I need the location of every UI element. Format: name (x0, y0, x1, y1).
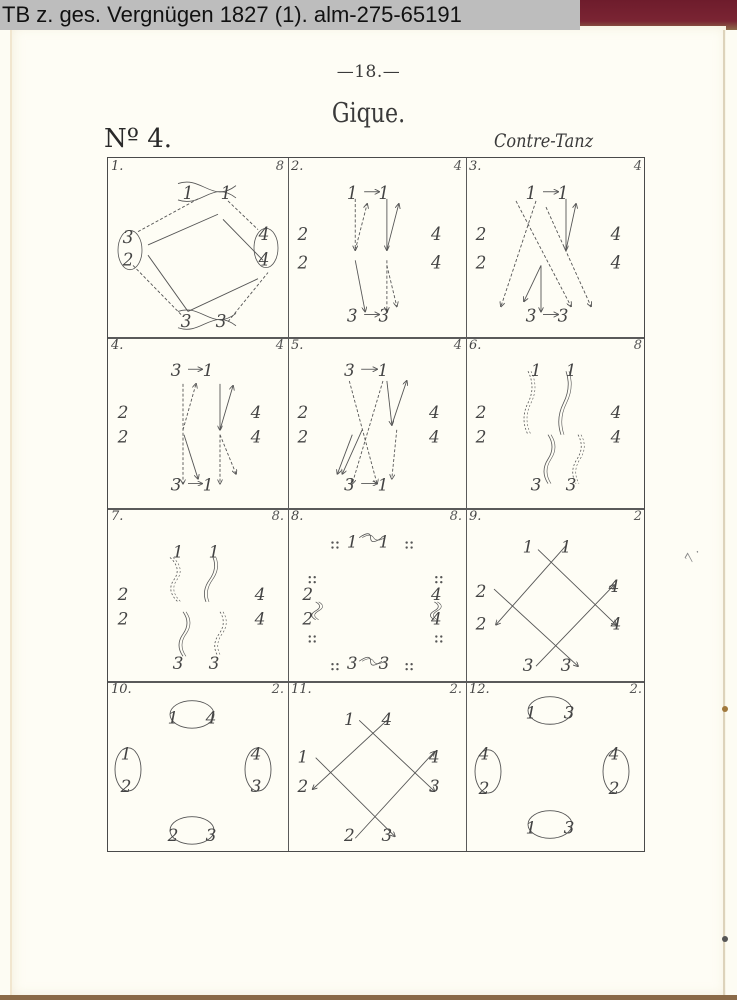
svg-text:2: 2 (301, 584, 313, 604)
svg-text:1: 1 (526, 184, 537, 204)
svg-text:4: 4 (608, 576, 620, 596)
svg-text:4: 4 (610, 253, 622, 273)
svg-text:2: 2 (296, 427, 308, 447)
svg-text:3: 3 (347, 306, 358, 326)
svg-text:1: 1 (297, 747, 308, 767)
dance-figure-diagram: 11224433 (466, 337, 646, 508)
figure-cell: 2.411224433 (288, 158, 466, 337)
figure-cell: 1.811324433 (108, 158, 288, 337)
dance-figure-diagram: 11224433 (466, 158, 646, 337)
svg-text:3: 3 (429, 776, 440, 796)
figure-cell: 7.8.11224433 (108, 508, 288, 681)
svg-text:4: 4 (428, 427, 440, 447)
svg-text:3: 3 (558, 306, 569, 326)
svg-text:1: 1 (379, 532, 390, 552)
page-edge-bottom (0, 995, 737, 1000)
svg-text:1: 1 (523, 537, 534, 557)
page-edge (723, 30, 725, 996)
svg-text:4: 4 (610, 225, 622, 245)
svg-text:4: 4 (610, 427, 622, 447)
figure-cell: 9.211224433 (466, 508, 646, 681)
figure-cell: 8.8.11224433 (288, 508, 466, 681)
figure-cell: 5.431224431 (288, 337, 466, 508)
svg-text:2: 2 (478, 778, 490, 798)
svg-text:2: 2 (343, 825, 355, 845)
edge-mark (722, 706, 728, 712)
svg-text:3: 3 (347, 653, 358, 673)
dance-figure-diagram: 11224433 (108, 508, 288, 681)
svg-text:3: 3 (379, 306, 390, 326)
figure-cell: 4.431224431 (108, 337, 288, 508)
svg-text:2: 2 (122, 250, 134, 270)
figure-cell: 10.2.14124323 (108, 681, 288, 853)
svg-text:2: 2 (475, 225, 487, 245)
svg-text:3: 3 (209, 653, 220, 673)
dance-type: Contre-Tanz (494, 130, 593, 152)
svg-text:4: 4 (610, 402, 622, 422)
svg-text:4: 4 (250, 744, 262, 764)
svg-text:2: 2 (301, 609, 313, 629)
svg-text:4: 4 (430, 609, 442, 629)
dance-figure-diagram: 31224431 (108, 337, 288, 508)
svg-text:3: 3 (561, 655, 572, 675)
svg-text:1: 1 (526, 817, 537, 837)
svg-text:4: 4 (250, 402, 262, 422)
dance-number: Nº 4. (104, 124, 172, 154)
svg-text:1: 1 (203, 475, 214, 495)
svg-text:3: 3 (173, 653, 184, 673)
svg-text:3: 3 (171, 360, 182, 380)
svg-text:1: 1 (203, 360, 214, 380)
svg-text:2: 2 (296, 253, 308, 273)
image-caption: TB z. ges. Vergnügen 1827 (1). alm-275-6… (0, 0, 580, 30)
svg-text:1: 1 (183, 184, 194, 204)
svg-text:3: 3 (566, 475, 577, 495)
figure-cell: 11.2.14124323 (288, 681, 466, 853)
svg-text:1: 1 (347, 532, 358, 552)
svg-text:4: 4 (608, 744, 620, 764)
svg-text:2: 2 (117, 609, 129, 629)
svg-text:1: 1 (168, 707, 179, 727)
svg-text:4: 4 (258, 225, 270, 245)
svg-text:4: 4 (430, 253, 442, 273)
dance-figure-diagram: 13424213 (466, 681, 646, 853)
svg-text:2: 2 (608, 778, 620, 798)
dance-figure-diagram: 11224433 (466, 508, 646, 681)
svg-text:1: 1 (378, 360, 389, 380)
svg-text:2: 2 (120, 776, 132, 796)
dance-figure-diagram: 11224433 (288, 508, 466, 681)
svg-text:1: 1 (566, 360, 577, 380)
svg-text:3: 3 (206, 825, 217, 845)
svg-text:2: 2 (296, 776, 308, 796)
svg-text:1: 1 (209, 542, 220, 562)
svg-text:1: 1 (531, 360, 542, 380)
svg-text:3: 3 (523, 655, 534, 675)
svg-text:3: 3 (564, 817, 575, 837)
svg-text:3: 3 (344, 475, 355, 495)
svg-text:1: 1 (347, 184, 358, 204)
svg-text:2: 2 (117, 584, 129, 604)
dance-figure-diagram: 31224431 (288, 337, 466, 508)
svg-text:4: 4 (250, 427, 262, 447)
dance-figure-diagram: 14124323 (288, 681, 466, 853)
svg-text:4: 4 (430, 225, 442, 245)
svg-text:3: 3 (123, 228, 134, 248)
dance-figure-diagram: 14124323 (108, 681, 288, 853)
svg-text:4: 4 (428, 402, 440, 422)
svg-text:4: 4 (478, 744, 490, 764)
edge-mark (722, 936, 728, 942)
svg-text:1: 1 (121, 744, 132, 764)
svg-text:4: 4 (254, 584, 266, 604)
svg-text:4: 4 (430, 584, 442, 604)
figure-cell: 3.411224433 (466, 158, 646, 337)
svg-text:2: 2 (117, 402, 129, 422)
svg-text:1: 1 (221, 184, 232, 204)
svg-text:3: 3 (181, 312, 192, 332)
svg-text:3: 3 (531, 475, 542, 495)
svg-text:1: 1 (561, 537, 572, 557)
svg-text:3: 3 (344, 360, 355, 380)
svg-text:1: 1 (378, 475, 389, 495)
svg-text:1: 1 (558, 184, 569, 204)
svg-text:4: 4 (428, 747, 440, 767)
svg-text:2: 2 (475, 253, 487, 273)
svg-text:3: 3 (379, 653, 390, 673)
svg-text:2: 2 (475, 614, 487, 634)
svg-text:2: 2 (475, 402, 487, 422)
svg-text:1: 1 (379, 184, 390, 204)
svg-text:2: 2 (475, 427, 487, 447)
svg-text:3: 3 (564, 702, 575, 722)
svg-text:3: 3 (382, 825, 393, 845)
svg-text:2: 2 (296, 402, 308, 422)
figure-grid: 1.8113244332.4112244333.4112244334.43122… (107, 157, 645, 852)
svg-text:3: 3 (216, 312, 227, 332)
svg-text:1: 1 (173, 542, 184, 562)
svg-text:4: 4 (381, 709, 393, 729)
svg-text:2: 2 (475, 581, 487, 601)
svg-text:4: 4 (205, 707, 217, 727)
figure-cell: 6.811224433 (466, 337, 646, 508)
svg-text:2: 2 (296, 225, 308, 245)
svg-text:4: 4 (254, 609, 266, 629)
svg-text:1: 1 (344, 709, 355, 729)
svg-text:3: 3 (251, 776, 262, 796)
svg-text:1: 1 (526, 702, 537, 722)
svg-text:2: 2 (117, 427, 129, 447)
svg-text:4: 4 (610, 614, 622, 634)
svg-text:2: 2 (167, 825, 179, 845)
page-number: —18.— (0, 62, 737, 82)
dance-figure-diagram: 11224433 (288, 158, 466, 337)
dance-figure-diagram: 11324433 (108, 158, 288, 337)
svg-text:4: 4 (258, 250, 270, 270)
svg-text:3: 3 (171, 475, 182, 495)
svg-text:3: 3 (526, 306, 537, 326)
figure-cell: 12.2.13424213 (466, 681, 646, 853)
